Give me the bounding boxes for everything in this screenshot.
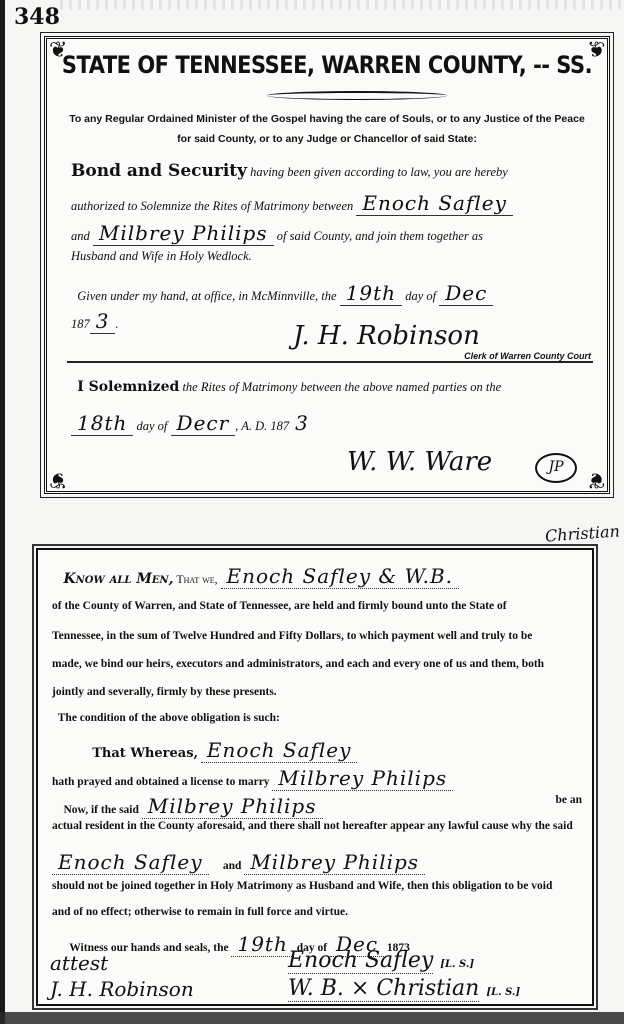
obligors: Enoch Safley & W.B. bbox=[221, 564, 460, 589]
address-block: To any Regular Ordained Minister of the … bbox=[55, 109, 599, 149]
given-month: Dec bbox=[439, 281, 493, 306]
and-label: and bbox=[71, 229, 90, 243]
authorized-text: authorized to Solemnize the Rites of Mat… bbox=[71, 199, 353, 213]
condition-text: The condition of the above obligation is… bbox=[58, 712, 280, 724]
bond-line-5: jointly and severally, firmly by these p… bbox=[52, 686, 582, 698]
prayed-text: hath prayed and obtained a license to ma… bbox=[52, 776, 270, 788]
prayed-name: Milbrey Philips bbox=[272, 766, 453, 791]
signature-1: Enoch Safley bbox=[288, 948, 433, 974]
be-an: be an bbox=[555, 794, 582, 806]
whereas-line: That Whereas, Enoch Safley bbox=[52, 738, 582, 762]
solemnized-month: Decr bbox=[171, 411, 236, 436]
seal-initials: JP bbox=[535, 453, 577, 483]
solemnized-text: the Rites of Matrimony between the above… bbox=[182, 380, 501, 394]
parties-line: Enoch Safley and Milbrey Philips bbox=[52, 850, 582, 874]
corner-flourish-icon: ❦ bbox=[587, 469, 605, 491]
solemnized-day-of: day of bbox=[137, 419, 168, 433]
groom-name: Enoch Safley bbox=[356, 191, 513, 216]
attest-label: attest bbox=[50, 950, 194, 976]
scan-noise bbox=[60, 0, 624, 10]
given-year-prefix: 187 bbox=[71, 317, 90, 331]
margin-note: Christian bbox=[545, 521, 621, 545]
address-line-1: To any Regular Ordained Minister of the … bbox=[55, 109, 599, 129]
bride-name: Milbrey Philips bbox=[93, 221, 274, 246]
clerk-signature: J. H. Robinson bbox=[293, 321, 480, 351]
whereas-name: Enoch Safley bbox=[201, 738, 358, 763]
day-of-label: day of bbox=[405, 289, 436, 303]
bond-line-4: made, we bind our heirs, executors and a… bbox=[52, 658, 582, 670]
given-year-suffix: 3 bbox=[90, 309, 116, 334]
given-text: Given under my hand, at office, in McMin… bbox=[77, 289, 336, 303]
page-bottom-edge bbox=[0, 1012, 624, 1024]
authorized-line: authorized to Solemnize the Rites of Mat… bbox=[71, 191, 593, 215]
minister-signature: W. W. Ware bbox=[347, 447, 492, 477]
party-2: Milbrey Philips bbox=[244, 850, 425, 875]
solemnized-year-suffix: 3 bbox=[289, 411, 315, 435]
ad-label: , A. D. 187 bbox=[235, 419, 289, 433]
attest-block: attest J. H. Robinson bbox=[50, 950, 194, 1002]
bond-line-3: Tennessee, in the sum of Twelve Hundred … bbox=[52, 630, 582, 642]
page-number: 348 bbox=[14, 4, 60, 30]
bond-line-2: of the County of Warren, and State of Te… bbox=[52, 600, 582, 612]
party-1: Enoch Safley bbox=[52, 850, 209, 875]
marriage-license: ❦ ❦ ❦ ❦ STATE OF TENNESSEE, WARREN COUNT… bbox=[44, 36, 610, 494]
solemnized-label: I Solemnized bbox=[77, 379, 179, 395]
solemnized-date-line: 18th day of Decr, A. D. 1873 bbox=[71, 411, 593, 435]
prayed-line: hath prayed and obtained a license to ma… bbox=[52, 766, 582, 790]
signature-2: W. B. × Christian bbox=[288, 976, 479, 1002]
address-line-2: for said County, or to any Judge or Chan… bbox=[55, 129, 599, 149]
solemnized-line: I Solemnized the Rites of Matrimony betw… bbox=[71, 379, 593, 395]
solemnized-day: 18th bbox=[71, 411, 133, 436]
that-we: That we, bbox=[176, 572, 217, 586]
bride-line: and Milbrey Philips of said County, and … bbox=[71, 221, 593, 245]
effect-line: and of no effect; otherwise to remain in… bbox=[52, 906, 582, 918]
seal-label: [L. S.] bbox=[440, 959, 474, 970]
now-line: Now, if the said Milbrey Philips be an bbox=[52, 794, 582, 818]
divider-flourish bbox=[267, 91, 447, 100]
seal-label: [L. S.] bbox=[486, 987, 520, 998]
know-label: Know all Men, bbox=[64, 571, 174, 587]
bond-line: Bond and Security having been given acco… bbox=[71, 161, 593, 181]
know-line: Know all Men, That we, Enoch Safley & W.… bbox=[52, 564, 582, 588]
attest-signature: J. H. Robinson bbox=[50, 976, 194, 1002]
joined-line: should not be joined together in Holy Ma… bbox=[52, 880, 582, 892]
condition-line: The condition of the above obligation is… bbox=[52, 712, 582, 724]
bond-label: Bond and Security bbox=[71, 161, 247, 181]
state-heading: STATE OF TENNESSEE, WARREN COUNTY, -- SS… bbox=[47, 51, 607, 79]
signature-rule bbox=[67, 361, 593, 363]
given-day: 19th bbox=[340, 281, 402, 306]
signature-row-1: Enoch Safley [L. S.] bbox=[288, 948, 582, 974]
and-label: and bbox=[223, 860, 242, 872]
given-line: Given under my hand, at office, in McMin… bbox=[71, 281, 593, 305]
marriage-bond: Know all Men, That we, Enoch Safley & W.… bbox=[36, 548, 594, 1006]
now-name: Milbrey Philips bbox=[142, 794, 323, 819]
signature-row-2: W. B. × Christian [L. S.] bbox=[288, 976, 582, 1002]
page-edge bbox=[0, 0, 5, 1024]
wedlock-line: Husband and Wife in Holy Wedlock. bbox=[71, 249, 593, 264]
whereas-label: That Whereas, bbox=[92, 746, 198, 761]
corner-flourish-icon: ❦ bbox=[49, 469, 67, 491]
clerk-title: Clerk of Warren County Court bbox=[464, 351, 591, 361]
witness-day: 19th bbox=[231, 932, 293, 957]
resident-line: actual resident in the County aforesaid,… bbox=[52, 820, 582, 832]
county-text: of said County, and join them together a… bbox=[277, 229, 483, 243]
bond-text: having been given according to law, you … bbox=[250, 165, 508, 179]
now-text: Now, if the said bbox=[64, 804, 139, 816]
